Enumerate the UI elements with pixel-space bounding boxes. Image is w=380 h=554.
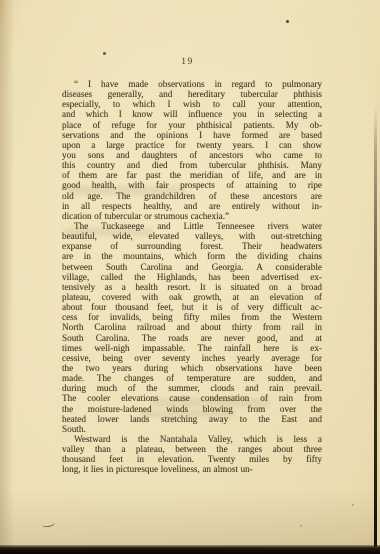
page-edge-strip: [377, 0, 380, 545]
text-line: South Carolina. The roads are never good…: [62, 333, 322, 343]
text-line: the moisture-ladened winds blowing from …: [62, 404, 322, 414]
text-line: village, called the Highlands, has been …: [62, 272, 322, 282]
text-line: servations and the opinions I have forme…: [62, 130, 322, 140]
text-line: good health, with fair prospects of atta…: [62, 180, 322, 190]
text-line: expanse of surrounding forest. Their hea…: [62, 241, 322, 251]
text-line: in all respects healthy, and are entirel…: [62, 201, 322, 211]
text-line: you sons and daughters of ancestors who …: [62, 150, 322, 160]
text-line: Westward is the Nantahala Valley, which …: [62, 434, 322, 444]
text-line: this country and died from tubercular ph…: [62, 160, 322, 170]
text-line: “ I have made observations in regard to …: [62, 79, 322, 89]
text-line: The cooler elevations cause condensation…: [62, 393, 322, 403]
text-line: plateau, covered with oak growth, at an …: [62, 292, 322, 302]
text-line: during much of the summer, clouds and ra…: [62, 383, 322, 393]
text-line: especially, to which I wish to call your…: [62, 99, 322, 109]
text-line: of them are far past the meridian of lif…: [62, 170, 322, 180]
text-line: beautiful, wide, elevated valleys, with …: [62, 231, 322, 241]
text-line: long, it lies in picturesque loveliness,…: [62, 464, 322, 474]
page-number: 19: [0, 57, 375, 67]
text-line: and which I know will influence you in s…: [62, 109, 322, 119]
text-line: cessive, being over seventy inches yearl…: [62, 353, 322, 363]
text-line: heated lower lands stretching away to th…: [62, 414, 322, 424]
text-line: upon a large practice for twenty years. …: [62, 140, 322, 150]
text-line: tensively as a health resort. It is situ…: [62, 282, 322, 292]
text-line: old age. The grandchildren of these ance…: [62, 191, 322, 201]
text-line: North Carolina railroad and about thirty…: [62, 322, 322, 332]
paper-speck: [286, 20, 289, 23]
text-line: The Tuckaseege and Little Tenneesee rive…: [62, 221, 322, 231]
text-line: about four thousand feet, but it is of v…: [62, 302, 322, 312]
page-body-text: “ I have made observations in regard to …: [62, 79, 322, 474]
text-line: thousand feet in elevation. Twenty miles…: [62, 454, 322, 464]
text-line: between South Carolina and Georgia. A co…: [62, 262, 322, 272]
text-line: cess for invalids, being fifty miles fro…: [62, 312, 322, 322]
book-edge-line: [374, 105, 377, 547]
text-line: place of refuge for your phthisical pati…: [62, 120, 322, 130]
text-line: South.: [62, 424, 322, 434]
paper-speck: [103, 52, 106, 55]
text-line: the two years during which observations …: [62, 363, 322, 373]
text-line: dication of tubercular or strumous cache…: [62, 211, 322, 221]
text-line: valley than a plateau, between the range…: [62, 444, 322, 454]
text-line: are in the mountains, which form the div…: [62, 251, 322, 261]
page-gutter-shadow: [0, 0, 14, 554]
text-line: times well-nigh impassable. The rainfall…: [62, 343, 322, 353]
book-bottom-edge: [0, 545, 380, 554]
text-line: made. The changes of temperature are sud…: [62, 373, 322, 383]
text-line: diseases generally, and hereditary tuber…: [62, 89, 322, 99]
page-bottom-shading: [0, 488, 380, 548]
scanned-book-page: 19 “ I have made observations in regard …: [0, 0, 380, 554]
